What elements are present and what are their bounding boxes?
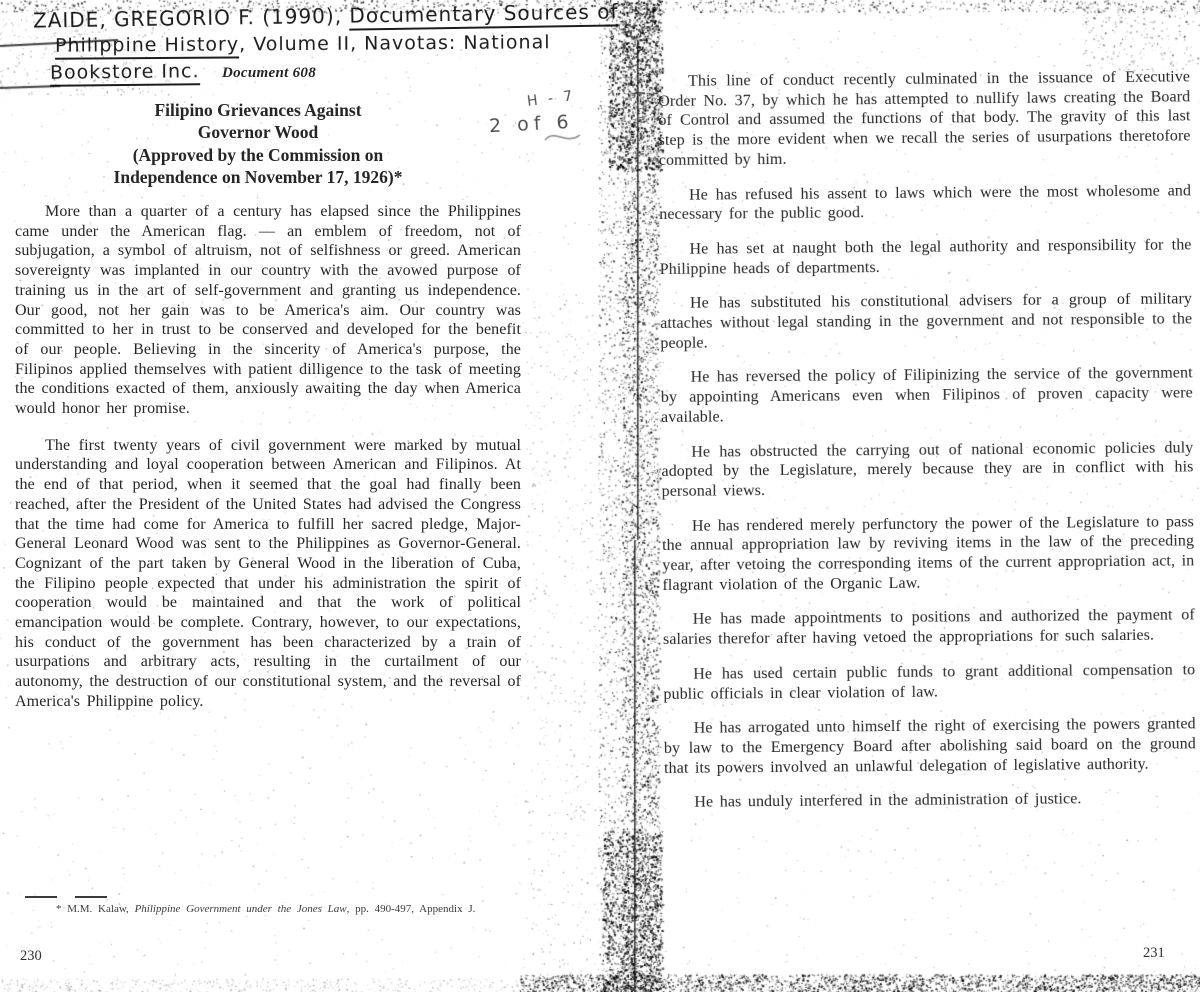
right-paragraph-3: He has set at naught both the legal auth… bbox=[659, 235, 1191, 279]
citation-publisher: Bookstore Inc. bbox=[50, 60, 200, 87]
left-paragraph-2: The first twenty years of civil governme… bbox=[15, 436, 521, 712]
handwritten-citation-line-3: Bookstore Inc. bbox=[50, 60, 200, 84]
document-title: Filipino Grievances Against Governor Woo… bbox=[18, 99, 498, 188]
citation-title-part-2: Philippine History bbox=[55, 33, 239, 59]
footnote-pages: , pp. 490-497, Appendix J. bbox=[347, 903, 476, 915]
citation-title-part: Documentary Sources of bbox=[349, 0, 618, 31]
footnote-author: M.M. Kalaw, bbox=[67, 903, 134, 915]
footnote-marker: * bbox=[56, 903, 67, 915]
right-paragraph-6: He has obstructed the carrying out of na… bbox=[661, 438, 1193, 502]
scanned-book-spread: ZAIDE, GREGORIO F. (1990), Documentary S… bbox=[0, 0, 1200, 992]
footnote-book-title: Philippine Government under the Jones La… bbox=[135, 903, 347, 915]
title-line-3: (Approved by the Commission on bbox=[18, 144, 498, 166]
right-paragraph-8: He has made appointments to positions an… bbox=[663, 606, 1195, 650]
right-paragraph-10: He has arrogated unto himself the right … bbox=[664, 715, 1196, 779]
handwritten-citation-line-1: ZAIDE, GREGORIO F. (1990), Documentary S… bbox=[33, 0, 619, 33]
document-number-label: Document 608 bbox=[222, 65, 316, 82]
handwritten-citation-line-2: Philippine History, Volume II, Navotas: … bbox=[55, 31, 551, 56]
right-paragraph-11: He has unduly interfered in the administ… bbox=[664, 789, 1196, 813]
left-paragraph-1: More than a quarter of a century has ela… bbox=[15, 202, 521, 419]
pencil-annotation-line-2: 2 of 6 bbox=[488, 111, 574, 137]
pencil-annotation-line-1: H - 7 bbox=[526, 88, 576, 110]
right-paragraph-9: He has used certain public funds to gran… bbox=[663, 660, 1195, 704]
page-number-right: 231 bbox=[1143, 945, 1165, 962]
right-paragraph-1: This line of conduct recently culminated… bbox=[658, 67, 1191, 170]
title-line-1: Filipino Grievances Against bbox=[18, 99, 498, 121]
right-page-body: This line of conduct recently culminated… bbox=[658, 67, 1197, 828]
page-number-left: 230 bbox=[20, 948, 42, 965]
right-paragraph-4: He has substituted his constitutional ad… bbox=[660, 290, 1192, 354]
right-paragraph-7: He has rendered merely perfunctory the p… bbox=[662, 512, 1195, 595]
footnote: * M.M. Kalaw, Philippine Government unde… bbox=[18, 902, 510, 916]
title-line-4: Independence on November 17, 1926)* bbox=[18, 166, 498, 188]
citation-author: ZAIDE, GREGORIO F. (1990), bbox=[33, 4, 350, 33]
left-page-body: More than a quarter of a century has ela… bbox=[15, 202, 521, 712]
citation-volume: , Volume II, Navotas: National bbox=[239, 31, 551, 55]
right-paragraph-5: He has reversed the policy of Filipinizi… bbox=[661, 364, 1193, 428]
right-paragraph-2: He has refused his assent to laws which … bbox=[659, 181, 1191, 225]
title-line-2: Governor Wood bbox=[18, 121, 498, 143]
